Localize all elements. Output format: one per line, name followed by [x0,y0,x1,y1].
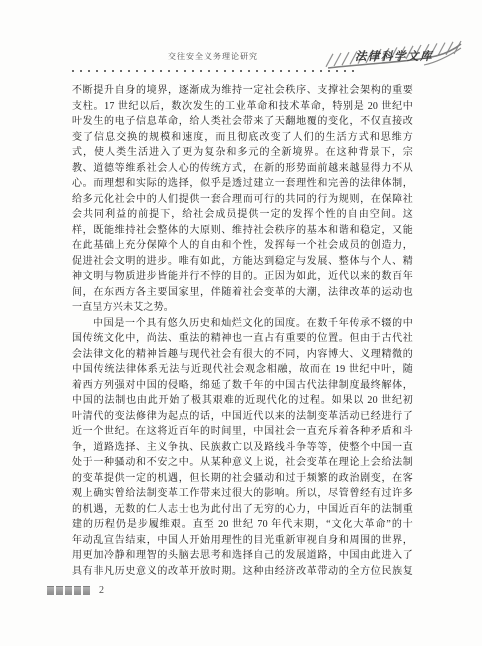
page-number: 2 [99,585,104,596]
text-line: 教、道德等维系社会人心的传统方式，在新的形势面前越来越显得力不从 [72,161,413,177]
text-line: 不断提升自身的境界，逐渐成为维持一定社会秩序、支撑社会架构的重要 [72,83,413,99]
text-line: 叶清代的变法修律为起点的话，中国近代以来的法制变革活动已经进行了 [72,409,413,425]
page-footer: 2 [47,585,104,596]
paragraph: 中国是一个具有悠久历史和灿烂文化的国度。在数千年传承不辍的中国传统文化中，尚法、… [72,316,413,580]
text-line: 间，在东西方各主要国家里，伴随着社会变革的大潮，法律改革的运动也 [72,285,413,301]
footer-blocks [47,586,92,595]
text-line: 中国是一个具有悠久历史和灿烂文化的国度。在数千年传承不辍的中 [72,316,413,332]
series-logo: 法律科学文库 [324,39,464,73]
text-line: 式，使人类生活进入了更为复杂和多元的全新境界。在这种背景下，宗 [72,145,413,161]
text-line: 促进社会文明的进步。唯有如此，方能达到稳定与发展、整体与个人、精 [72,254,413,270]
footer-block [65,586,72,595]
text-line: 叶发生的电子信息革命，给人类社会带来了天翻地覆的变化，不仅直接改 [72,114,413,130]
text-line: 给多元化社会中的人们提供一套合理而可行的共同的行为规则，在保障社 [72,192,413,208]
footer-block [74,586,81,595]
text-line: 样，既能维持社会整体的大原则、维持社会秩序的基本和谐和稳定，又能 [72,223,413,239]
text-line: 用更加冷静和理智的头脑去思考和选择自己的发展道路，中国由此进入了 [72,548,413,564]
page-body: 不断提升自身的境界，逐渐成为维持一定社会秩序、支撑社会架构的重要支柱。17 世纪… [72,83,413,579]
text-line: 心。而理想和实际的选择，似乎是透过建立一套理性和完善的法律体制， [72,176,413,192]
text-line: 中国传统法律体系无法与近现代社会观念相融，故而在 19 世纪中叶，随 [72,362,413,378]
text-line: 会法律文化的精神旨趣与现代社会有很大的不同，内容博大、义理精微的 [72,347,413,363]
footer-block [83,586,90,595]
text-line: 变了信息交换的规模和速度，而且彻底改变了人们的生活方式和思维方 [72,130,413,146]
text-line: 会共同利益的前提下，给社会成员提供一定的发挥个性的自由空间。这 [72,207,413,223]
text-line: 一直呈方兴未艾之势。 [72,300,413,316]
text-line: 近一个世纪。在这将近百年的时间里，中国社会一直充斥着各种矛盾和斗 [72,424,413,440]
footer-block [56,586,63,595]
footer-block [47,586,54,595]
paragraph: 不断提升自身的境界，逐渐成为维持一定社会秩序、支撑社会架构的重要支柱。17 世纪… [72,83,413,316]
text-line: 神文明与物质进步皆能并行不悖的目的。正因为如此，近代以来的数百年 [72,269,413,285]
text-line: 国传统文化中，尚法、重法的精神也一直占有重要的位置。但由于古代社 [72,331,413,347]
text-line: 处于一种骚动和不安之中。从某种意义上说，社会变革在理论上会给法制 [72,455,413,471]
series-logo-label: 法律科学文库 [355,50,434,63]
running-title: 交往安全义务理论研究 [168,51,258,62]
text-line: 在此基础上充分保障个人的自由和个性，发挥每一个社会成员的创造力， [72,238,413,254]
text-line: 年动乱宣告结束，中国人开始用理性的目光重新审视自身和周围的世界， [72,533,413,549]
text-line: 的机遇，无数的仁人志士也为此付出了无穷的心力，中国近百年的法制重 [72,502,413,518]
text-line: 争，道路选择、主义争执、民族救亡以及路线斗争等等，使整个中国一直 [72,440,413,456]
text-line: 支柱。17 世纪以后，数次发生的工业革命和技术革命，特别是 20 世纪中 [72,99,413,115]
text-line: 中国的法制也由此开始了极其艰难的近现代化的过程。如果以 20 世纪初 [72,393,413,409]
book-page: 交往安全义务理论研究 法律科学文库 不断提升自身的境界，逐渐成为维持一定社会秩序… [0,0,482,646]
text-line: 建的历程仍是步履维艰。直至 20 世纪 70 年代末期，“文化大革命”的十 [72,517,413,533]
text-line: 着西方列强对中国的侵略，绵延了数千年的中国古代法律制度最终解体， [72,378,413,394]
text-line: 观上确实曾给法制变革工作带来过很大的影响。所以，尽管曾经有过许多 [72,486,413,502]
text-line: 具有非凡历史意义的改革开放时期。这种由经济改革带动的全方位民族复 [72,564,413,580]
text-line: 的变革提供一定的机遇，但长期的社会骚动和过于频繁的政治剧变，在客 [72,471,413,487]
header-dotted-rule [72,70,360,72]
